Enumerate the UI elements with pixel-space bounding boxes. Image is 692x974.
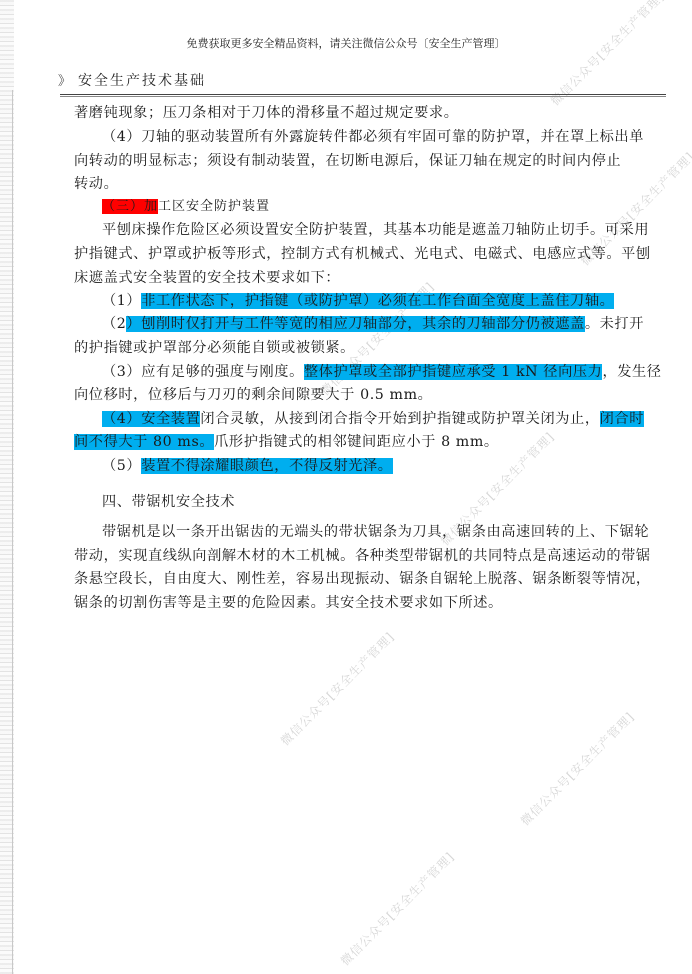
highlight-red: （三）加 — [102, 199, 158, 214]
text-span: ，发生径 — [602, 364, 661, 380]
highlight-blue: （4）安全装置 — [102, 411, 200, 427]
text-line: 条悬空段长，自由度大、刚性差，容易出现振动、锯条自锯轮上脱落、锯条断裂等情况， — [74, 570, 674, 588]
item-number: （5） — [102, 458, 141, 474]
text-line: （4）刀轴的驱动装置所有外露旋转件都必须有牢固可靠的防护罩，并在罩上标出单 — [102, 128, 692, 146]
section-title: 四、带锯机安全技术 — [102, 493, 692, 511]
text-line: 向位移时，位移后与刀刃的剩余间隙要大于 0.5 mm。 — [74, 386, 674, 404]
running-head: 》安全生产技术基础 — [58, 70, 206, 90]
watermark: 微信公众号[安全生产管理] — [517, 708, 638, 829]
highlight-blue: 整体护罩或全部护指键应承受 1 kN 径向压力 — [304, 364, 603, 380]
text-line: 床遮盖式安全装置的安全技术要求如下： — [74, 269, 674, 287]
running-head-title: 安全生产技术基础 — [78, 73, 206, 89]
text-span: （3）应有足够的强度与刚度。 — [102, 364, 304, 380]
watermark: 微信公众号[安全生产管理] — [337, 848, 458, 969]
text-line: 带动，实现直线纵向剖解木材的木工机械。各种类型带锯机的共同特点是高速运动的带锯 — [74, 547, 674, 565]
text-line: （5）装置不得涂耀眼颜色，不得反射光泽。 — [102, 457, 692, 475]
highlight-blue: 非工作状态下，护指键（或防护罩）必须在工作台面全宽度上盖住刀轴。 — [141, 293, 614, 309]
item-number: （2 — [102, 316, 126, 332]
text-line: 平刨床操作危险区必须设置安全防护装置，其基本功能是遮盖刀轴防止切手。可采用 — [102, 221, 692, 239]
text-span: 。未打开 — [585, 316, 644, 332]
highlight-blue: 装置不得涂耀眼颜色，不得反射光泽。 — [141, 458, 392, 474]
watermark: 微信公众号[安全生产管理] — [547, 0, 668, 109]
text-line: （1）非工作状态下，护指键（或防护罩）必须在工作台面全宽度上盖住刀轴。 — [102, 292, 692, 310]
chevron-icon: 》 — [58, 74, 68, 89]
text-line: （2）刨削时仅打开与工件等宽的相应刀轴部分，其余的刀轴部分仍被遮盖。未打开 — [102, 315, 692, 333]
text-line: 间不得大于 80 ms。爪形护指键式的相邻键间距应小于 8 mm。 — [74, 433, 674, 451]
text-line: 著磨钝现象；压刀条相对于刀体的滑移量不超过规定要求。 — [74, 104, 674, 122]
text-line: （3）应有足够的强度与刚度。整体护罩或全部护指键应承受 1 kN 径向压力，发生… — [102, 363, 692, 381]
text-line: 向转动的明显标志；须设有制动装置，在切断电源后，保证刀轴在规定的时间内停止 — [74, 152, 674, 170]
text-span: 闭合灵敏，从接到闭合指令开始到护指键或防护罩关闭为止， — [200, 411, 599, 427]
heading-text: 工区安全防护装置 — [158, 199, 270, 214]
highlight-blue: 间不得大于 80 ms。 — [74, 434, 214, 450]
highlight-blue: ）刨削时仅打开与工件等宽的相应刀轴部分，其余的刀轴部分仍被遮盖 — [126, 316, 584, 332]
section-heading: （三）加工区安全防护装置 — [102, 198, 692, 216]
text-line: 转动。 — [74, 175, 674, 193]
text-line: （4）安全装置闭合灵敏，从接到闭合指令开始到护指键或防护罩关闭为止，闭合时 — [102, 410, 692, 428]
top-notice: 免费获取更多安全精品资料，请关注微信公众号〔安全生产管理〕 — [0, 35, 692, 51]
highlight-blue: 闭合时 — [600, 411, 644, 427]
header-rule — [60, 94, 666, 95]
scan-edge-line — [12, 90, 13, 974]
text-span: 爪形护指键式的相邻键间距应小于 8 mm。 — [214, 434, 499, 450]
item-number: （1） — [102, 293, 141, 309]
header-rule-thin — [60, 96, 666, 97]
watermark: 微信公众号[安全生产管理] — [277, 628, 398, 749]
text-line: 的护指键或护罩部分必须能自锁或被锁紧。 — [74, 339, 674, 357]
text-line: 护指键式、护罩或护板等形式，控制方式有机械式、光电式、电磁式、电感应式等。平刨 — [74, 245, 674, 263]
text-line: 带锯机是以一条开出锯齿的无端头的带状锯条为刀具，锯条由高速回转的上、下锯轮 — [102, 523, 692, 541]
text-line: 锯条的切割伤害等是主要的危险因素。其安全技术要求如下所述。 — [74, 594, 674, 612]
